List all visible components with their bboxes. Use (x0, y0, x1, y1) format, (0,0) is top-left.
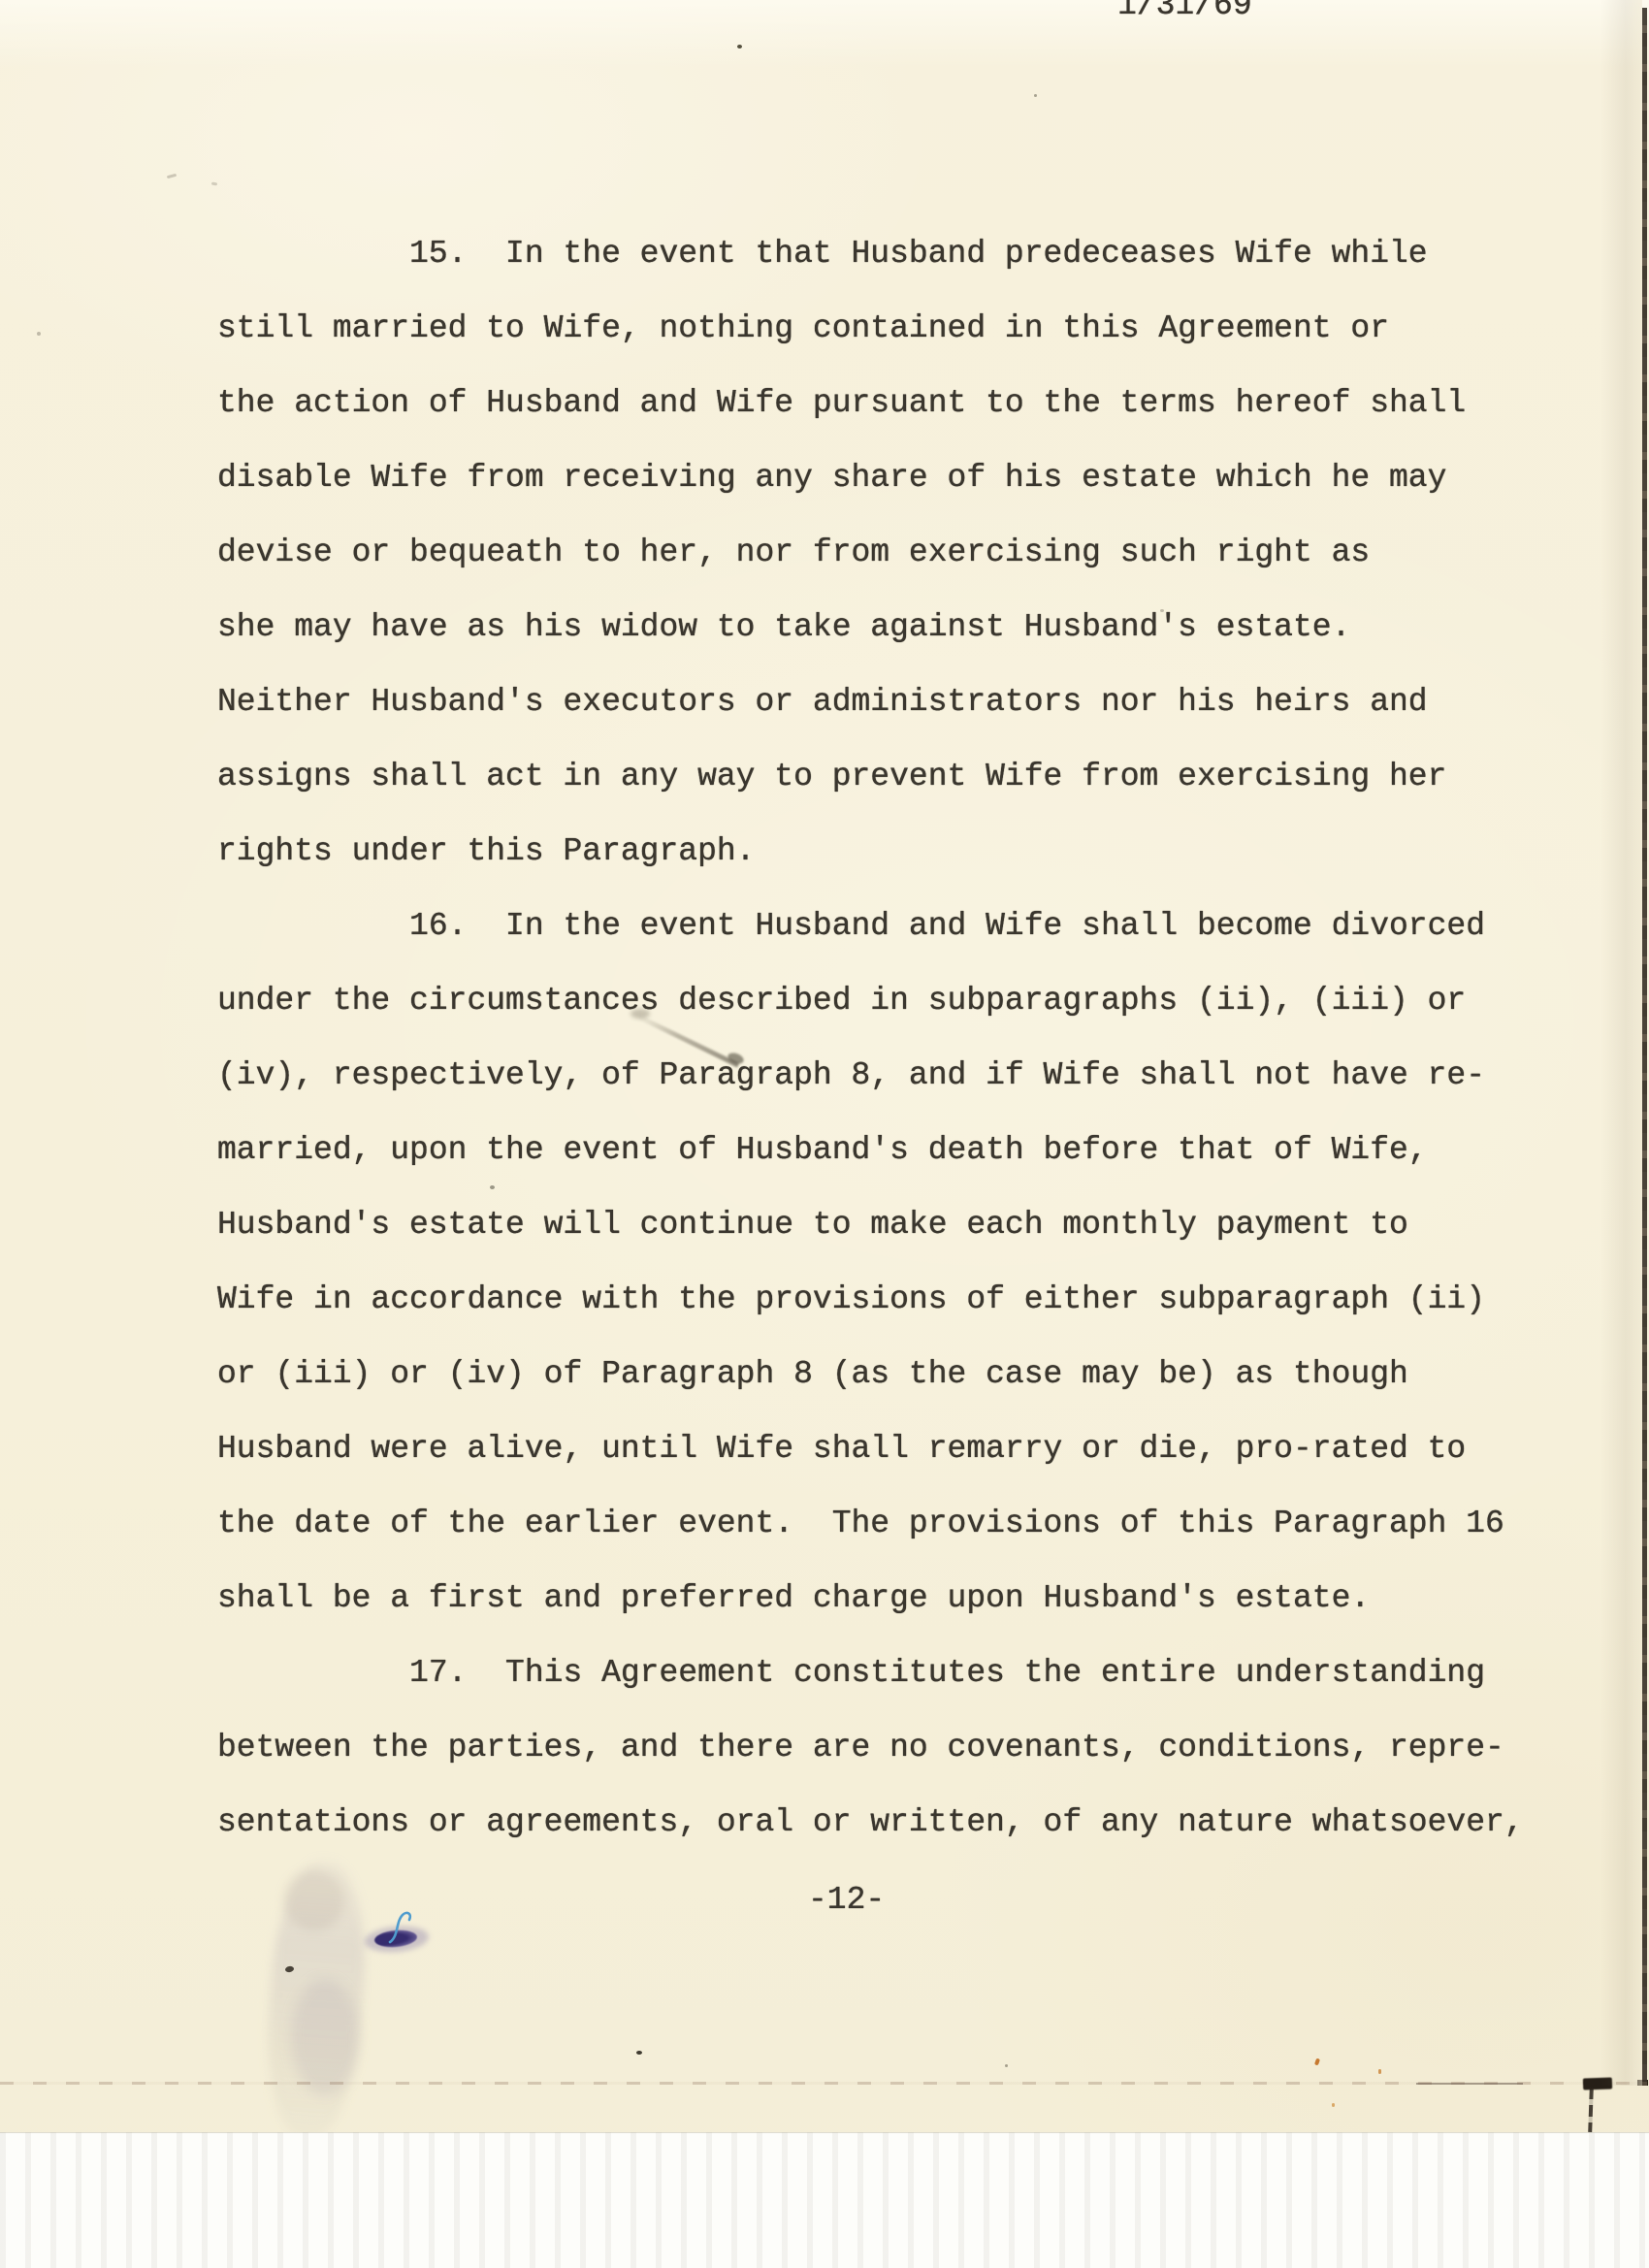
page-number: -12- (808, 1863, 885, 1937)
text-line: (iv), respectively, of Paragraph 8, and … (217, 1038, 1595, 1113)
date-stamp: 1/31/69 (1117, 0, 1252, 21)
text-line: assigns shall act in any way to prevent … (217, 739, 1595, 814)
document-body: 15. In the event that Husband predecease… (217, 216, 1595, 1860)
text-line: 17. This Agreement constitutes the entir… (217, 1636, 1595, 1710)
paper-speck (1034, 94, 1037, 97)
text-line: the action of Husband and Wife pursuant … (217, 366, 1595, 440)
water-stain (260, 1858, 372, 2143)
text-line: devise or bequeath to her, nor from exer… (217, 515, 1595, 590)
rust-speck (1378, 2069, 1381, 2074)
text-line: disable Wife from receiving any share of… (217, 440, 1595, 515)
text-line: Husband's estate will continue to make e… (217, 1187, 1595, 1262)
text-line: the date of the earlier event. The provi… (217, 1486, 1595, 1561)
text-line: under the circumstances described in sub… (217, 963, 1595, 1038)
scanner-background (0, 2132, 1649, 2268)
ink-blot (373, 1928, 417, 1949)
fold-crease-line (0, 2082, 1649, 2085)
page-right-edge (1642, 8, 1647, 2086)
text-line: married, upon the event of Husband's dea… (217, 1113, 1595, 1187)
corner-tear-line (1588, 2088, 1594, 2132)
text-line: Husband were alive, until Wife shall rem… (217, 1411, 1595, 1486)
text-line: between the parties, and there are no co… (217, 1710, 1595, 1785)
scan-light-band (0, 0, 1649, 68)
text-line: Neither Husband's executors or administr… (217, 664, 1595, 739)
ink-curl-stroke (386, 1909, 419, 1946)
paper-speck (37, 332, 41, 336)
page-edge-shadow (1600, 0, 1642, 2086)
paper-speck (285, 1965, 295, 1972)
paper-speck (636, 2051, 642, 2055)
text-line: still married to Wife, nothing contained… (217, 291, 1595, 366)
text-line: shall be a first and preferred charge up… (217, 1561, 1595, 1636)
scanned-page: 1/31/69 15. In the event that Husband pr… (0, 0, 1649, 2268)
rust-speck (1332, 2103, 1335, 2107)
ink-blot-halo (364, 1924, 430, 1955)
paper-speck (1005, 2064, 1008, 2067)
text-line: 15. In the event that Husband predecease… (217, 216, 1595, 291)
rust-speck (1314, 2058, 1320, 2066)
text-line: or (iii) or (iv) of Paragraph 8 (as the … (217, 1337, 1595, 1411)
text-line: Wife in accordance with the provisions o… (217, 1262, 1595, 1337)
paper-speck (211, 182, 217, 186)
text-line: rights under this Paragraph. (217, 814, 1595, 889)
text-line: she may have as his widow to take agains… (217, 590, 1595, 664)
text-line: sentations or agreements, oral or writte… (217, 1785, 1595, 1860)
water-stain-patch (291, 1979, 359, 2095)
text-line: 16. In the event Husband and Wife shall … (217, 889, 1595, 963)
water-stain-patch (284, 1870, 344, 1930)
paper-speck (167, 174, 177, 178)
